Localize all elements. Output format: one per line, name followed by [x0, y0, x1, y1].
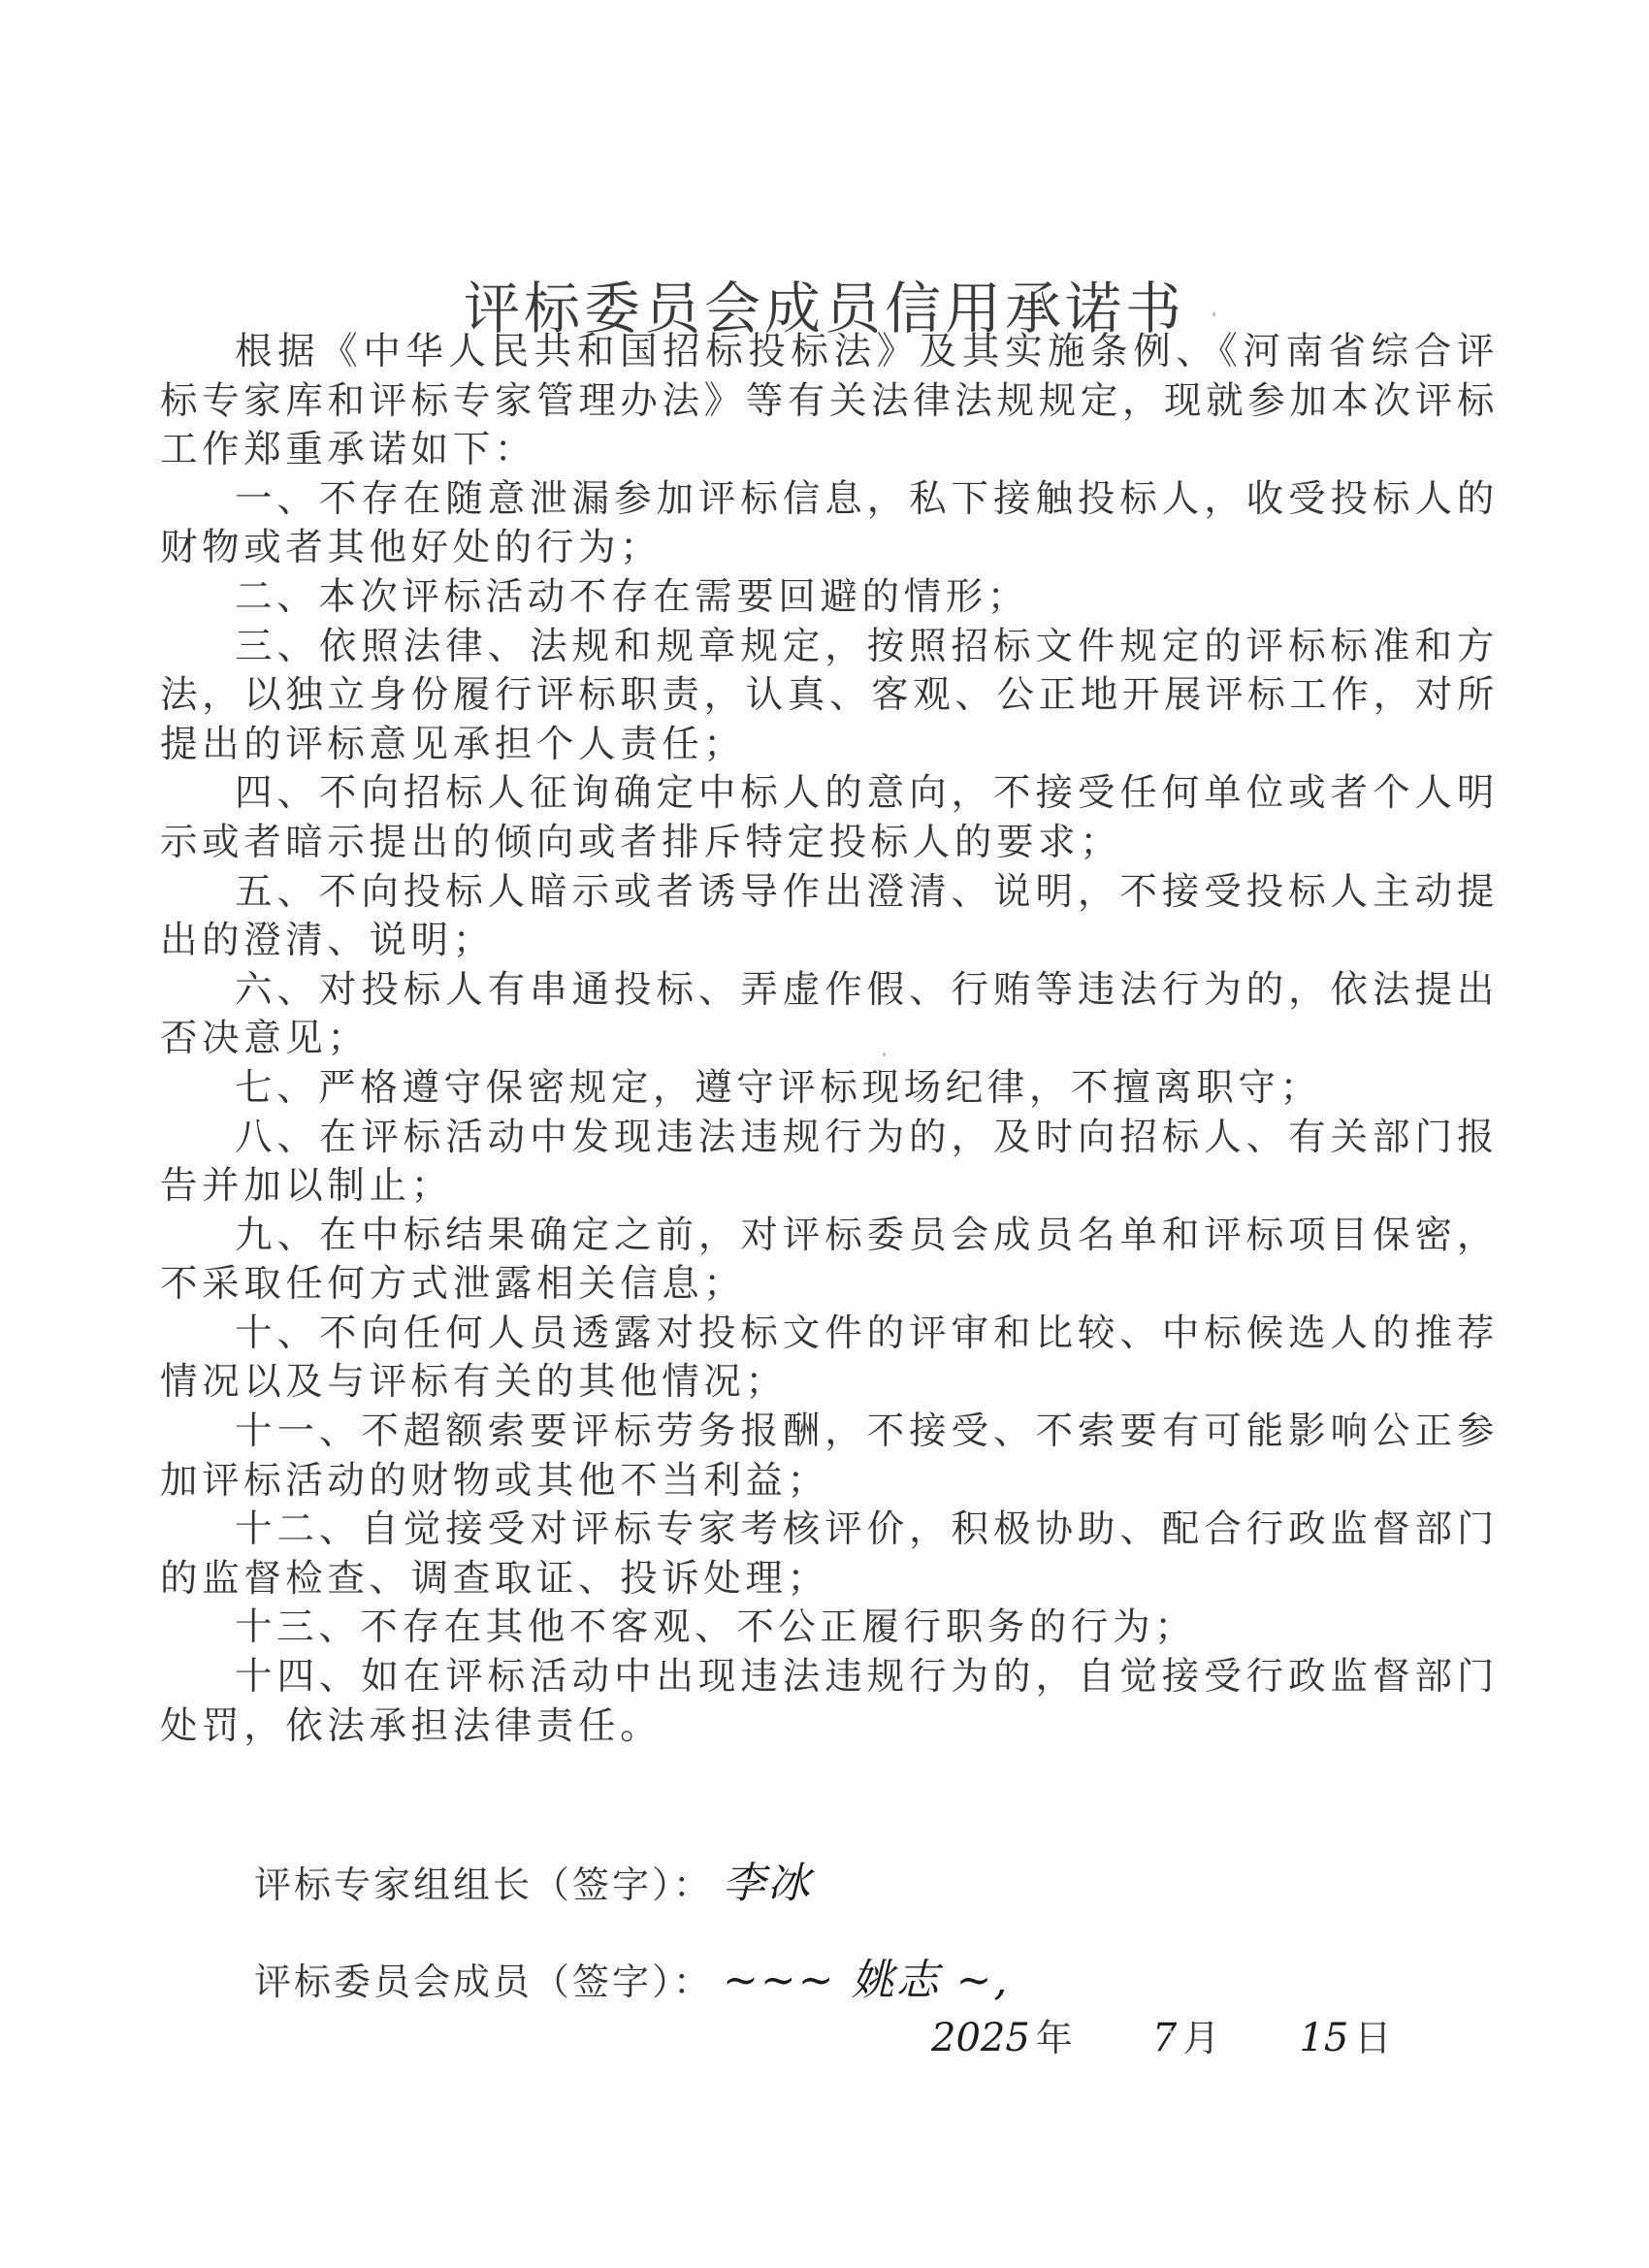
- commitment-item-8: 八、在评标活动中发现违法违规行为的，及时向招标人、有关部门报告并加以制止；: [160, 1114, 1499, 1212]
- signing-date: 2025年 7月 15日: [931, 2008, 1391, 2061]
- scan-speck: [1169, 2029, 1172, 2033]
- commitment-item-14: 十四、如在评标活动中出现违法违规行为的，自觉接受行政监督部门处罚，依法承担法律责…: [160, 1653, 1499, 1751]
- date-month: 7: [1152, 2016, 1177, 2060]
- commitment-item-9: 九、在中标结果确定之前，对评标委员会成员名单和评标项目保密，不采取任何方式泄露相…: [160, 1212, 1499, 1310]
- commitment-item-4: 四、不向招标人征询确定中标人的意向，不接受任何单位或者个人明示或者暗示提出的倾向…: [160, 769, 1499, 867]
- commitment-item-2: 二、本次评标活动不存在需要回避的情形；: [160, 573, 1499, 623]
- date-year: 2025: [931, 2016, 1030, 2060]
- commitment-item-12: 十二、自觉接受对评标专家考核评价，积极协助、配合行政监督部门的监督检查、调查取证…: [160, 1506, 1499, 1604]
- commitment-item-13: 十三、不存在其他不客观、不公正履行职务的行为；: [160, 1604, 1499, 1653]
- leader-handwritten-signature: 李冰: [723, 1859, 812, 1908]
- document-body: 根据《中华人民共和国招标投标法》及其实施条例、《河南省综合评标专家库和评标专家管…: [160, 328, 1499, 1751]
- commitment-item-10: 十、不向任何人员透露对投标文件的评审和比较、中标候选人的推荐情况以及与评标有关的…: [160, 1310, 1499, 1408]
- scan-speck: [1212, 312, 1215, 316]
- date-year-unit: 年: [1036, 2017, 1073, 2059]
- scan-speck: [883, 1053, 886, 1056]
- members-signature-line: 评标委员会成员（签字）：~~~ 姚志 ~,: [254, 1945, 1009, 2007]
- scanned-document-page: 评标委员会成员信用承诺书 根据《中华人民共和国招标投标法》及其实施条例、《河南省…: [0, 0, 1649, 2268]
- intro-paragraph: 根据《中华人民共和国招标投标法》及其实施条例、《河南省综合评标专家库和评标专家管…: [160, 328, 1499, 475]
- commitment-item-6: 六、对投标人有串通投标、弄虚作假、行贿等违法行为的，依法提出否决意见；: [160, 966, 1499, 1064]
- date-day: 15: [1299, 2016, 1348, 2060]
- commitment-item-11: 十一、不超额索要评标劳务报酬，不接受、不索要有可能影响公正参加评标活动的财物或其…: [160, 1408, 1499, 1506]
- members-handwritten-signatures: ~~~ 姚志 ~,: [723, 1956, 1009, 2005]
- date-month-unit: 月: [1182, 2017, 1219, 2059]
- leader-signature-label: 评标专家组组长（签字）：: [254, 1863, 713, 1906]
- members-signature-label: 评标委员会成员（签字）：: [254, 1960, 713, 2003]
- commitment-item-3: 三、依照法律、法规和规章规定，按照招标文件规定的评标标准和方法，以独立身份履行评…: [160, 623, 1499, 770]
- date-day-unit: 日: [1354, 2017, 1391, 2059]
- leader-signature-line: 评标专家组组长（签字）：李冰: [254, 1848, 812, 1910]
- commitment-item-7: 七、严格遵守保密规定，遵守评标现场纪律，不擅离职守；: [160, 1064, 1499, 1114]
- commitment-item-1: 一、不存在随意泄漏参加评标信息，私下接触投标人，收受投标人的财物或者其他好处的行…: [160, 475, 1499, 573]
- commitment-item-5: 五、不向投标人暗示或者诱导作出澄清、说明，不接受投标人主动提出的澄清、说明；: [160, 868, 1499, 966]
